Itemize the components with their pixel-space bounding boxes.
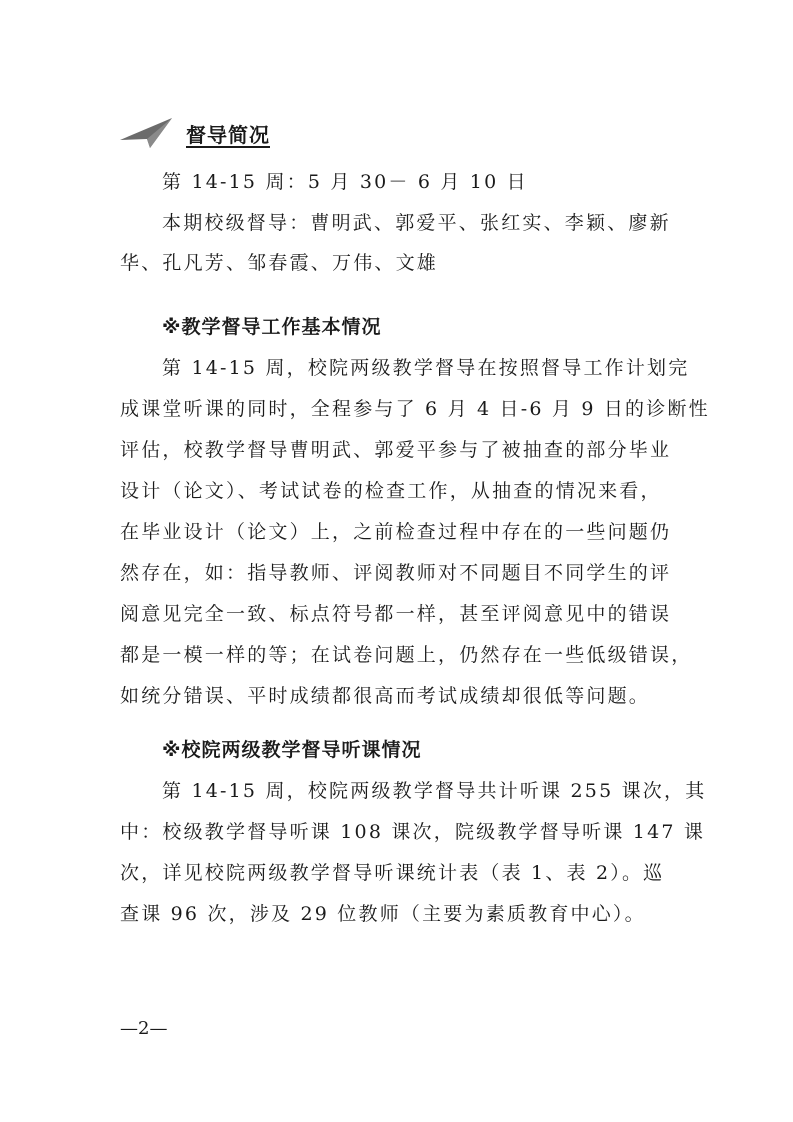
paragraph-line: 查课 96 次，涉及 29 位教师（主要为素质教育中心）。	[120, 894, 680, 934]
paragraph-line: 然存在，如：指导教师、评阅教师对不同题目不同学生的评	[120, 553, 680, 593]
paragraph-line: 第 14-15 周，校院两级教学督导共计听课 255 课次，其	[162, 771, 722, 811]
paragraph-line: 阅意见完全一致、标点符号都一样，甚至评阅意见中的错误	[120, 594, 680, 634]
paragraph-line: 中：校级教学督导听课 108 课次，院级教学督导听课 147 课	[120, 812, 680, 852]
paragraph-line: 成课堂听课的同时，全程参与了 6 月 4 日-6 月 9 日的诊断性	[120, 389, 680, 429]
paper-plane-icon	[120, 118, 172, 148]
paragraph-line: 评估，校教学督导曹明武、郭爱平参与了被抽查的部分毕业	[120, 430, 680, 470]
paragraph-line: 都是一模一样的等；在试卷问题上，仍然存在一些低级错误，	[120, 635, 680, 675]
paragraph-line: 如统分错误、平时成绩都很高而考试成绩却很低等问题。	[120, 676, 680, 716]
part1-heading: ※教学督导工作基本情况	[162, 307, 722, 347]
paragraph-line: 第 14-15 周，校院两级教学督导在按照督导工作计划完	[162, 348, 722, 388]
document-page: 督导简况 第 14-15 周：5 月 30－ 6 月 10 日 本期校级督导：曹…	[0, 0, 793, 1122]
section-title: 督导简况	[186, 119, 270, 148]
paragraph-line: 次，详见校院两级教学督导听课统计表（表 1、表 2）。巡	[120, 853, 680, 893]
paragraph-line: 设计（论文）、考试试卷的检查工作，从抽查的情况来看，	[120, 471, 680, 511]
supervisors-line-2: 华、孔凡芳、邹春霞、万伟、文雄	[120, 243, 680, 283]
paragraph-line: 在毕业设计（论文）上，之前检查过程中存在的一些问题仍	[120, 512, 680, 552]
part2-heading: ※校院两级教学督导听课情况	[162, 730, 722, 770]
period-line: 第 14-15 周：5 月 30－ 6 月 10 日	[162, 162, 722, 202]
page-number: —2—	[120, 1018, 167, 1039]
supervisors-line-1: 本期校级督导：曹明武、郭爱平、张红实、李颖、廖新	[162, 203, 722, 243]
section-header: 督导简况	[120, 118, 270, 148]
